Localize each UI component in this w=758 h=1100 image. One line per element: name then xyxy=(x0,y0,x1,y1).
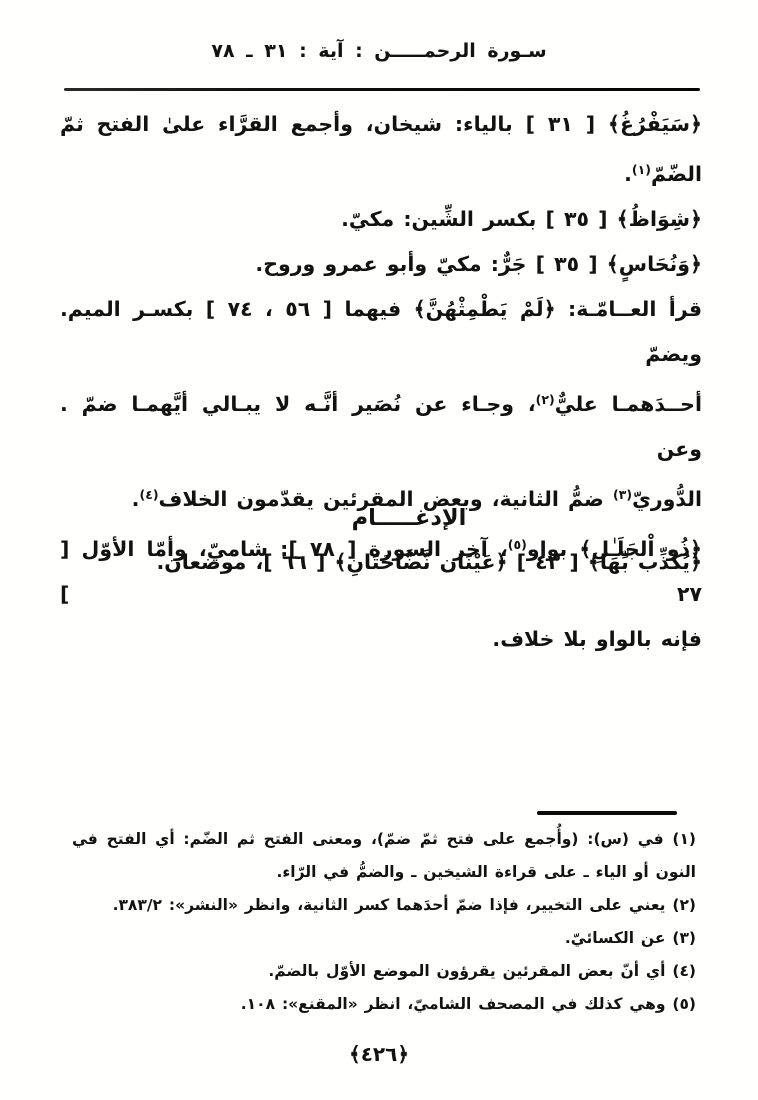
body-line: قرأ العــامّـة: ﴿لَمْ يَطْمِثْهُنَّ﴾ فيه… xyxy=(60,287,702,377)
footnote: (٤) أي أنّ بعض المقرئين يقرؤون الموضع ال… xyxy=(72,955,696,988)
running-header: سـورة الرحمـــــن : آية : ٣١ ـ ٧٨ xyxy=(0,40,758,62)
footnote: (٢) يعني على التخيير، فإذا ضمّ أحدَهما ك… xyxy=(72,889,696,922)
idgham-section: الإدغـــــام ﴿يُكَذِّب بِّهَا﴾ [ ٤٣ ] ﴿ع… xyxy=(60,497,702,585)
idgham-line: ﴿يُكَذِّب بِّهَا﴾ [ ٤٣ ] ﴿عَيْنَان نَّضَ… xyxy=(60,539,702,585)
idgham-text: ﴿يُكَذِّب بِّهَا﴾ [ ٤٣ ] ﴿عَيْنَان نَّضَ… xyxy=(60,539,702,585)
page-number: ﴿٤٢٦﴾ xyxy=(0,1042,758,1066)
footnote-separator xyxy=(537,811,677,815)
footnote: (٣) عن الكسائيّ. xyxy=(72,922,696,955)
body-line: ﴿وَنُحَاسٍ﴾ [ ٣٥ ] جَرٌّ: مكيّ وأبو عمرو… xyxy=(60,242,702,287)
header-rule xyxy=(64,88,700,91)
body-line: فإنه بالواو بلا خلاف. xyxy=(60,617,702,662)
body-line: ﴿شِوَاظُ﴾ [ ٣٥ ] بكسر الشِّين: مكيّ. xyxy=(60,197,702,242)
section-heading: الإدغـــــام xyxy=(88,497,730,539)
body-line: ﴿سَيَفْرُغُ﴾ [ ٣١ ] بالياء: شيخان، وأجمع… xyxy=(60,102,702,197)
footnotes: (١) في (س): (وأُجمع على فتح ثمّ ضمّ)، وم… xyxy=(72,823,696,1021)
footnote: (١) في (س): (وأُجمع على فتح ثمّ ضمّ)، وم… xyxy=(72,823,696,889)
footnote: (٥) وهي كذلك في المصحف الشاميّ، انظر «ال… xyxy=(72,988,696,1021)
book-page: سـورة الرحمـــــن : آية : ٣١ ـ ٧٨ ﴿سَيَف… xyxy=(0,0,758,1100)
body-line: أحــدَهمـا عليٌّ(٢)، وجـاء عن نُصَير أنَ… xyxy=(60,377,702,472)
